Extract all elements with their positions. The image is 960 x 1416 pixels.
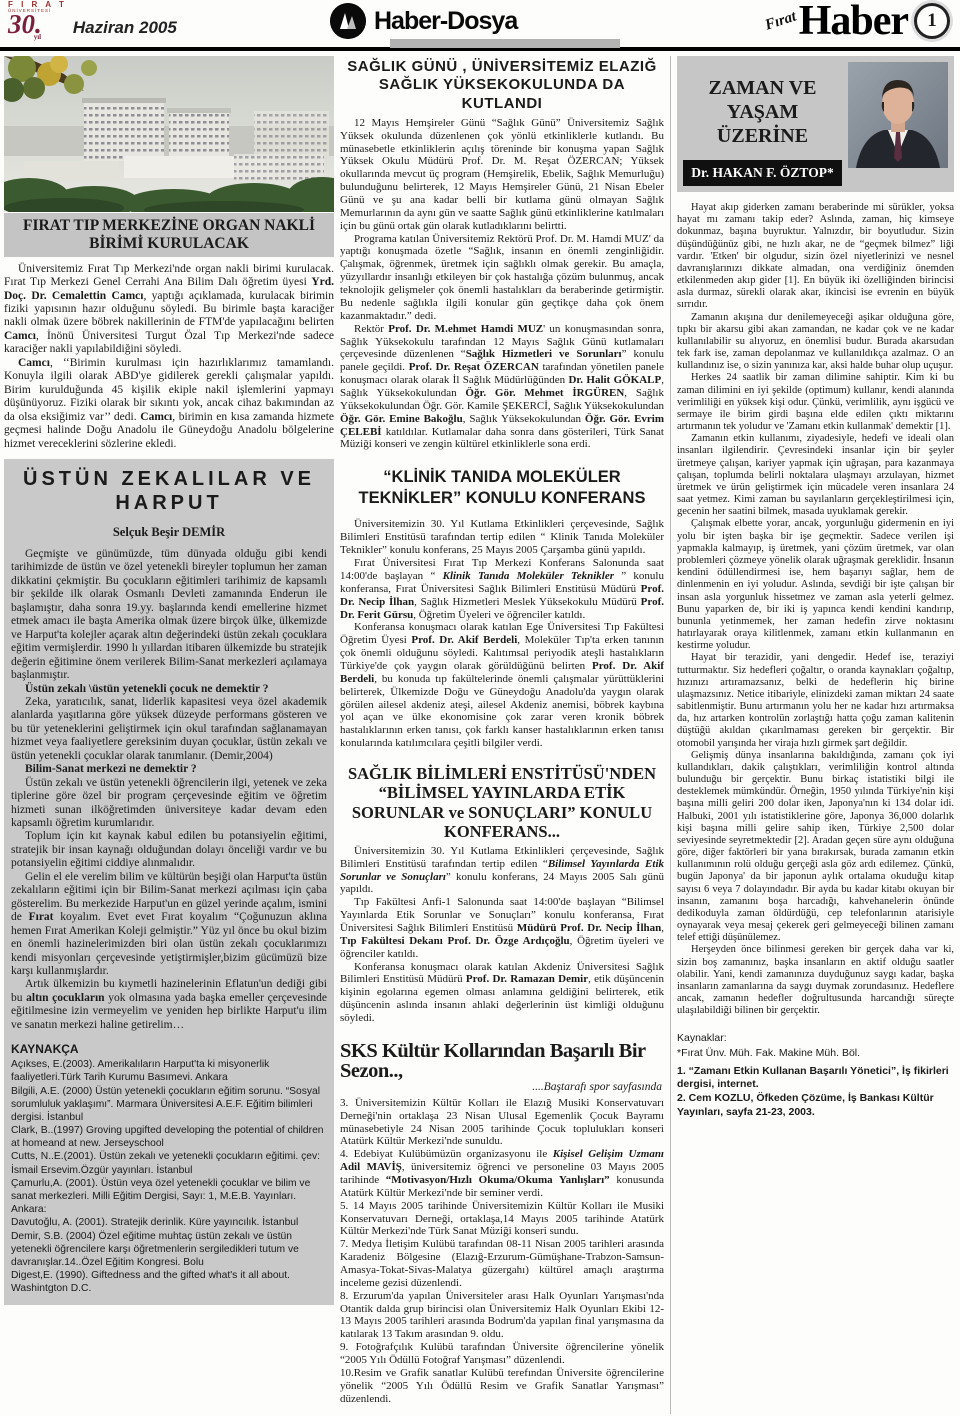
zaman-footer: Kaynaklar: *Fırat Ünv. Müh. Fak. Makine …	[677, 1032, 954, 1120]
page-number-badge: 1	[914, 3, 950, 39]
middle-column: SAĞLIK GÜNÜ , ÜNİVERSİTEMİZ ELAZIĞ SAĞLI…	[340, 56, 664, 1414]
section-underline-bar	[390, 39, 620, 48]
zaman-article-title: ZAMAN VE YAŞAM ÜZERİNE	[683, 76, 842, 148]
sks-list-item: 5. 14 Mayıs 2005 tarihinde Üniversitemiz…	[340, 1200, 664, 1239]
paragraph: Geçmişte ve günümüzde, tüm dünyada olduğ…	[11, 548, 327, 683]
reference-entry: Çamurlu,A. (2001). Üstün veya özel yeten…	[11, 1177, 327, 1217]
paragraph: Üniversitemiz Fırat Tıp Merkezi'nde orga…	[4, 263, 334, 357]
klinik-title: “KLİNİK TANIDA MOLEKÜLER TEKNİKLER” KONU…	[340, 467, 664, 508]
hospital-campus-photo	[4, 56, 334, 212]
masthead: F I R A T ÜNİVERSİTESİ 30.yıl Haziran 20…	[0, 0, 960, 51]
paragraph: Üstün zekalı ve üstün yetenekli öğrencil…	[11, 777, 327, 831]
paragraph: Hayat akıp giderken zamanı beraberinde m…	[677, 202, 954, 312]
paragraph: Bilim-Sanat merkezi ne demektir ?	[11, 763, 327, 776]
sks-headline: SKS Kültür Kollarından Başarılı Bir Sezo…	[340, 1041, 664, 1082]
kaynaklar-list: 1. “Zamanı Etkin Kullanan Başarılı Yönet…	[677, 1065, 954, 1120]
zaman-header-left: ZAMAN VE YAŞAM ÜZERİNE Dr. HAKAN F. ÖZTO…	[683, 62, 842, 186]
paragraph: Zamanın etkin kullanımı, ziyadesiyle, he…	[677, 433, 954, 518]
zaman-header-box: ZAMAN VE YAŞAM ÜZERİNE Dr. HAKAN F. ÖZTO…	[677, 56, 954, 192]
organ-article-title: FIRAT TIP MERKEZİNE ORGAN NAKLİ BİRİMİ K…	[4, 213, 334, 257]
paragraph: Konferansa konuşmacı olarak katılan Ege …	[340, 621, 664, 750]
issue-date: Haziran 2005	[73, 18, 177, 41]
kaynakca-list: Açıkses, E.(2003). Amerikalıların Harput…	[11, 1058, 327, 1295]
masthead-left: F I R A T ÜNİVERSİTESİ 30.yıl Haziran 20…	[8, 1, 177, 41]
etik-body: Üniversitemizin 30. Yıl Kutlama Etkinlik…	[340, 845, 664, 1025]
author-portrait-photo	[848, 62, 948, 168]
sks-list-item: 3. Üniversitemizin Kültür Kolları ile El…	[340, 1097, 664, 1148]
sks-list-item: 7. Medya İletişim Kulübü tarafından 08-1…	[340, 1238, 664, 1289]
paragraph: Konferansa konuşmacı olarak katılan Akde…	[340, 961, 664, 1025]
saglik-gunu-title: SAĞLIK GÜNÜ , ÜNİVERSİTEMİZ ELAZIĞ SAĞLI…	[340, 58, 664, 113]
etik-title: SAĞLIK BİLİMLERİ ENSTİTÜSÜ'NDEN “BİLİMSE…	[340, 764, 664, 842]
paragraph: Üstün zekalı \üstün yetenekli çocuk ne d…	[11, 683, 327, 696]
reference-entry: 2. Cem KOZLU, Öfkeden Çözüme, İş Bankası…	[677, 1092, 954, 1119]
paragraph: Herşeyden önce bilinmesi gereken bir ger…	[677, 944, 954, 1017]
reference-entry: Clark, B..(1997) Groving upgifted develo…	[11, 1124, 327, 1150]
anniversary-30-icon: 30.yıl	[8, 14, 67, 41]
paragraph: Çalışmak elbette yorar, ancak, yorgunluğ…	[677, 518, 954, 652]
harput-article-byline: Selçuk Beşir DEMİR	[11, 525, 327, 540]
reference-entry: Demir, S.B. (2004) Özel eğitime muhtaç ü…	[11, 1230, 327, 1270]
university-logo: F I R A T ÜNİVERSİTESİ 30.yıl	[8, 1, 67, 41]
sks-list-item: 8. Erzurum'da yapılan Üniversiteler aras…	[340, 1290, 664, 1341]
harput-article-box: ÜSTÜN ZEKALILAR VE HARPUT Selçuk Beşir D…	[4, 459, 334, 1305]
paragraph: Herkes 24 saatlik bir zaman dilimine sah…	[677, 372, 954, 433]
paragraph: Gelin el ele verelim bilim ve kültürün b…	[11, 871, 327, 979]
paragraph: Toplum için kıt kaynak kabul edilen bu p…	[11, 830, 327, 870]
page-number: 1	[927, 10, 937, 32]
right-column: ZAMAN VE YAŞAM ÜZERİNE Dr. HAKAN F. ÖZTO…	[670, 56, 954, 1414]
haber-dosya-logo-icon	[330, 3, 366, 39]
paragraph: Hayat bir terazidir, yani dengedir. Hede…	[677, 652, 954, 749]
sks-continuation-note: ....Baştarafı spor sayfasında	[340, 1081, 662, 1093]
author-affiliation: *Fırat Ünv. Müh. Fak. Makine Müh. Böl.	[677, 1047, 954, 1061]
brand-title: Haber	[799, 0, 908, 42]
klinik-body: Üniversitemizin 30. Yıl Kutlama Etkinlik…	[340, 518, 664, 749]
page-content: FIRAT TIP MERKEZİNE ORGAN NAKLİ BİRİMİ K…	[0, 51, 960, 1414]
paragraph: Tıp Fakültesi Anfi-1 Salonunda saat 14:0…	[340, 896, 664, 960]
paragraph: Zeka, yaratıcılık, sanat, liderlik kapas…	[11, 696, 327, 763]
harput-article-title: ÜSTÜN ZEKALILAR VE HARPUT	[11, 467, 327, 515]
brand-script: Fırat	[763, 8, 798, 34]
harput-article-body: Geçmişte ve günümüzde, tüm dünyada olduğ…	[11, 548, 327, 1032]
reference-entry: Açıkses, E.(2003). Amerikalıların Harput…	[11, 1058, 327, 1084]
paragraph: Gelişmiş dünya insanlarına bakıldığında,…	[677, 750, 954, 945]
paragraph: Üniversitemizin 30. Yıl Kutlama Etkinlik…	[340, 518, 664, 557]
kaynakca-heading: KAYNAKÇA	[11, 1042, 327, 1056]
saglik-gunu-body: 12 Mayıs Hemşireler Günü “Sağlık Günü” Ü…	[340, 117, 664, 451]
paragraph: Artık ülkemizin bu kıymetli hazinelerini…	[11, 978, 327, 1032]
brand-masthead: Fırat Haber 1	[765, 0, 950, 42]
paragraph: Camcı, ‘‘Birimin kurulması için hazırlık…	[4, 357, 334, 451]
reference-entry: 1. “Zamanı Etkin Kullanan Başarılı Yönet…	[677, 1065, 954, 1092]
section-title: Haber-Dosya	[374, 7, 517, 36]
section-masthead: Haber-Dosya	[330, 3, 517, 39]
sks-list-item: 4. Edebiyat Kulübümüzün organizasyonu il…	[340, 1148, 664, 1199]
sks-list-item: 9. Fotoğrafçılık Kulübü tarafından Ünive…	[340, 1341, 664, 1367]
sks-list-item: 10.Resim ve Grafik sanatlar Kulübü teref…	[340, 1367, 664, 1406]
paragraph: Rektör Prof. Dr. M.ehmet Hamdi MUZ' un k…	[340, 323, 664, 452]
reference-entry: Digest,E. (1990). Giftedness and the gif…	[11, 1269, 327, 1295]
organ-article-body: Üniversitemiz Fırat Tıp Merkezi'nde orga…	[4, 263, 334, 451]
newspaper-page: F I R A T ÜNİVERSİTESİ 30.yıl Haziran 20…	[0, 0, 960, 1416]
paragraph: Zamanın akışına dur denilemeyeceği aşika…	[677, 312, 954, 373]
paragraph: Programa katılan Üniversitemiz Rektörü P…	[340, 233, 664, 323]
paragraph: Üniversitemizin 30. Yıl Kutlama Etkinlik…	[340, 845, 664, 896]
paragraph: Fırat Üniversitesi Fırat Tıp Merkezi Kon…	[340, 557, 664, 621]
paragraph: 12 Mayıs Hemşireler Günü “Sağlık Günü” Ü…	[340, 117, 664, 233]
left-column: FIRAT TIP MERKEZİNE ORGAN NAKLİ BİRİMİ K…	[4, 56, 334, 1414]
reference-entry: Davutoğlu, A. (2001). Stratejik derinlik…	[11, 1216, 327, 1229]
sks-items: 3. Üniversitemizin Kültür Kolları ile El…	[340, 1097, 664, 1406]
zaman-author-bar: Dr. HAKAN F. ÖZTOP*	[683, 160, 842, 186]
kaynaklar-label: Kaynaklar:	[677, 1032, 954, 1046]
reference-entry: Bilgili, A.E. (2000) Üstün yetenekli çoc…	[11, 1085, 327, 1125]
zaman-article-body: Hayat akıp giderken zamanı beraberinde m…	[677, 202, 954, 1018]
reference-entry: Cutts, N..E.(2001). Üstün zekalı ve yete…	[11, 1150, 327, 1176]
